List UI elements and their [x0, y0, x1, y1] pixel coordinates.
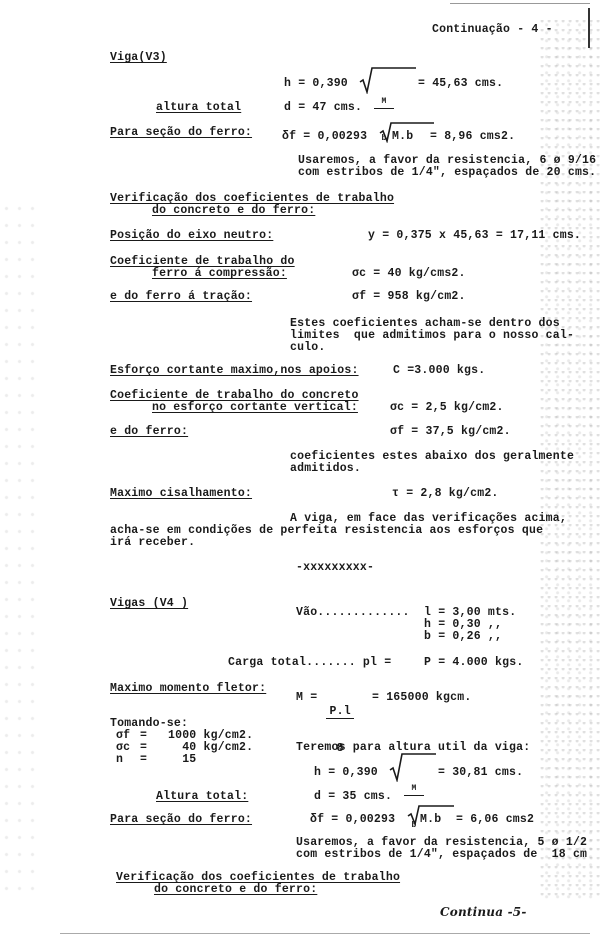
v4-vao-b: b = 0,26 ,,	[424, 631, 502, 643]
scan-noise-left	[0, 200, 40, 900]
v3-usaremos-line2: com estribos de 1/4", espaçados de 20 cm…	[298, 167, 596, 179]
v3-ferro-value: σf = 37,5 kg/cm2.	[390, 426, 511, 438]
v4-altura-label: Altura total:	[156, 791, 248, 803]
scan-edge-bottom	[60, 933, 590, 934]
v3-coef-conc-value: σc = 2,5 kg/cm2.	[390, 402, 504, 414]
v4-h-formula-left: h = 0,390	[314, 767, 378, 779]
continuation-header: Continuação - 4 -	[432, 24, 553, 36]
v3-verificacao-line2: do concreto e do ferro:	[152, 205, 315, 217]
v4-vao-label: Vão.............	[296, 607, 410, 619]
v4-momento-right: = 165000 kgcm.	[372, 692, 471, 704]
v4-h-formula-right: = 30,81 cms.	[438, 767, 523, 779]
v3-esforco-value: C =3.000 kgs.	[393, 365, 485, 377]
fraction-numerator: M	[374, 96, 394, 109]
v4-momento-fraction: P.l 8	[326, 682, 354, 779]
v4-altura-value: d = 35 cms.	[314, 791, 392, 803]
v4-secao-formula-left: δf = 0,00293	[310, 814, 395, 826]
v3-h-formula-right: = 45,63 cms.	[418, 78, 503, 90]
v4-tomando-row-eq: =	[140, 754, 147, 766]
v3-altura-value: d = 47 cms.	[284, 102, 362, 114]
v4-secao-radicand: M.b	[420, 814, 441, 826]
v3-cisalh-label: Maximo cisalhamento:	[110, 488, 252, 500]
v3-coef-comp-value: σc = 40 kg/cms2.	[352, 268, 466, 280]
v3-coef-conc-line2: no esforço cortante vertical:	[152, 402, 358, 414]
v3-esforco-label: Esforço cortante maximo,nos apoios:	[110, 365, 359, 377]
fraction-numerator: M	[404, 783, 424, 796]
v4-verificacao-line2: do concreto e do ferro:	[154, 884, 317, 896]
v3-h-formula-left: h = 0,390	[284, 78, 348, 90]
typewritten-page: Continuação - 4 - Viga(V3) h = 0,390 M b…	[0, 0, 600, 940]
section-title-v3: Viga(V3)	[110, 52, 167, 64]
handwritten-continuation: Continua -5-	[440, 906, 527, 918]
v3-secao-formula-right: = 8,96 cms2.	[430, 131, 515, 143]
v3-altura-label: altura total	[156, 102, 241, 114]
v3-conclusao-line3: irá receber.	[110, 537, 195, 549]
v3-coef-comp-line2: ferro á compressão:	[152, 268, 287, 280]
v3-ferro-note-line2: admitidos.	[290, 463, 361, 475]
v3-coef-tracao-value: σf = 958 kg/cm2.	[352, 291, 466, 303]
v3-coef-tracao-label: e do ferro á tração:	[110, 291, 252, 303]
v4-tomando-row-val: 15	[168, 754, 196, 766]
v4-tomando-row-sym: n	[116, 754, 123, 766]
section-separator: -xxxxxxxxx-	[296, 562, 374, 574]
v3-secao-radicand: M.b	[392, 131, 413, 143]
v3-ferro-label: e do ferro:	[110, 426, 188, 438]
v4-momento-left: M =	[296, 692, 317, 704]
scan-edge-top	[450, 3, 590, 4]
v4-carga-value: P = 4.000 kgs.	[424, 657, 523, 669]
section-title-v4: Vigas (V4 )	[110, 598, 188, 610]
fraction-numerator: P.l	[326, 706, 354, 719]
v3-cisalh-value: τ = 2,8 kg/cm2.	[392, 488, 499, 500]
v3-secao-label: Para seção do ferro:	[110, 127, 252, 139]
v3-posicao-label: Posição do eixo neutro:	[110, 230, 273, 242]
v4-carga-label: Carga total....... pl =	[228, 657, 391, 669]
v3-coef-note-line2: limites que admitimos para o nosso cal-	[290, 330, 574, 342]
v3-secao-formula-left: δf = 0,00293	[282, 131, 367, 143]
v3-coef-note-line3: culo.	[290, 342, 326, 354]
v3-posicao-value: y = 0,375 x 45,63 = 17,11 cms.	[368, 230, 581, 242]
scan-edge-mark	[588, 8, 590, 48]
v4-momento-label: Maximo momento fletor:	[110, 683, 266, 695]
v4-secao-label: Para seção do ferro:	[110, 814, 252, 826]
v4-secao-formula-right: = 6,06 cms2	[456, 814, 534, 826]
v4-usaremos-line2: com estribos de 1/4", espaçados de 18 cm	[296, 849, 587, 861]
